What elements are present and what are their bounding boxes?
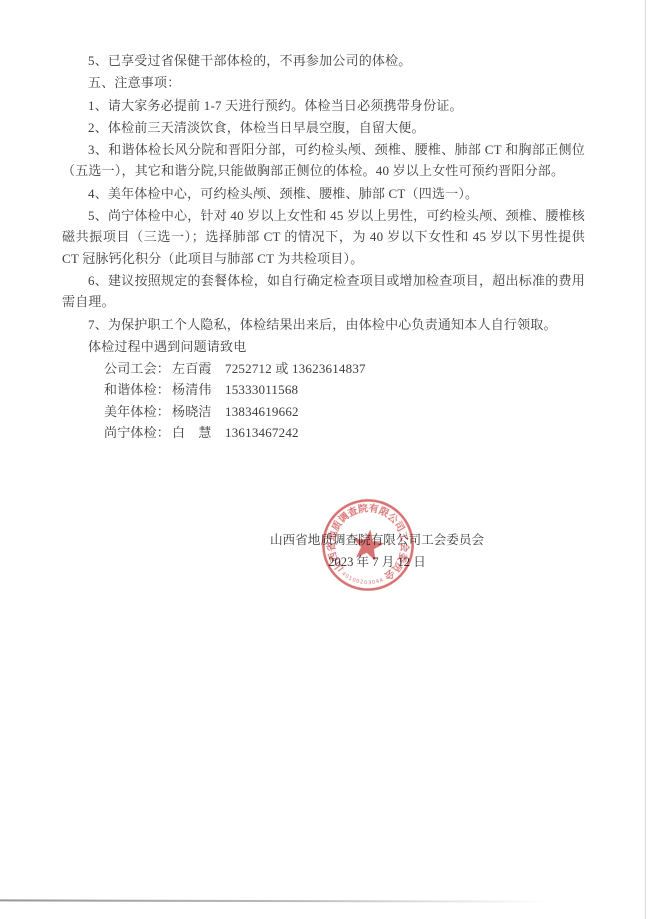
contact-phone: 13834619662 xyxy=(225,404,299,419)
note-3: 3、和谐体检长风分院和晋阳分部，可约检头颅、颈椎、腰椎、肺部 CT 和胸部正侧位… xyxy=(62,139,585,182)
note-1: 1、请大家务必提前 1-7 天进行预约。体检当日必须携带身份证。 xyxy=(62,95,585,116)
note-5: 5、尚宁体检中心，针对 40 岁以上女性和 45 岁以上男性，可约检头颅、颈椎、… xyxy=(62,205,585,269)
page-scan-right-edge xyxy=(645,0,646,919)
paragraph-item-5: 5、已享受过省保健干部体检的，不再参加公司的体检。 xyxy=(62,50,585,71)
contact-dept: 尚宁体检： xyxy=(104,425,170,440)
contact-list: 公司工会：左百霞7252712 或 13623614837 和谐体检：杨清伟15… xyxy=(104,358,585,443)
contact-row-company-union: 公司工会：左百霞7252712 或 13623614837 xyxy=(104,358,585,379)
seal-graphic: 山西省地质调查院有限公司工会委员会 1401002030440 xyxy=(312,489,424,601)
note-2: 2、体检前三天清淡饮食，体检当日早晨空腹，自留大便。 xyxy=(62,117,585,138)
contact-row-meinian: 美年体检：杨晓洁13834619662 xyxy=(104,401,585,422)
document-body: 5、已享受过省保健干部体检的，不再参加公司的体检。 五、注意事项： 1、请大家务… xyxy=(62,50,585,443)
note-7: 7、为保护职工个人隐私，体检结果出来后，由体检中心负责通知本人自行领取。 xyxy=(62,314,585,335)
contact-name: 左百霞 xyxy=(172,358,213,379)
official-seal-stamp: 山西省地质调查院有限公司工会委员会 1401002030440 xyxy=(312,489,424,601)
contact-phone: 7252712 或 13623614837 xyxy=(225,361,366,376)
contact-name: 杨清伟 xyxy=(172,379,213,400)
contact-intro-line: 体检过程中遇到问题请致电 xyxy=(62,336,585,357)
contact-name: 杨晓洁 xyxy=(172,401,213,422)
contact-dept: 美年体检： xyxy=(104,404,170,419)
scanned-document-page: 5、已享受过省保健干部体检的，不再参加公司的体检。 五、注意事项： 1、请大家务… xyxy=(0,0,650,919)
contact-phone: 13613467242 xyxy=(225,425,299,440)
contact-name: 白 慧 xyxy=(172,422,213,443)
contact-row-hexie: 和谐体检：杨清伟15333011568 xyxy=(104,379,585,400)
note-4: 4、美年体检中心，可约检头颅、颈椎、腰椎、肺部 CT（四选一）。 xyxy=(62,183,585,204)
contact-dept: 公司工会： xyxy=(104,361,170,376)
page-scan-bottom-edge xyxy=(0,899,548,902)
note-6: 6、建议按照规定的套餐体检，如自行确定检查项目或增加检查项目，超出标准的费用需自… xyxy=(62,270,585,313)
contact-dept: 和谐体检： xyxy=(104,382,170,397)
seal-star-icon xyxy=(350,527,386,562)
contact-phone: 15333011568 xyxy=(225,382,298,397)
section-heading-notes: 五、注意事项： xyxy=(62,72,585,93)
contact-row-shangning: 尚宁体检：白 慧13613467242 xyxy=(104,422,585,443)
